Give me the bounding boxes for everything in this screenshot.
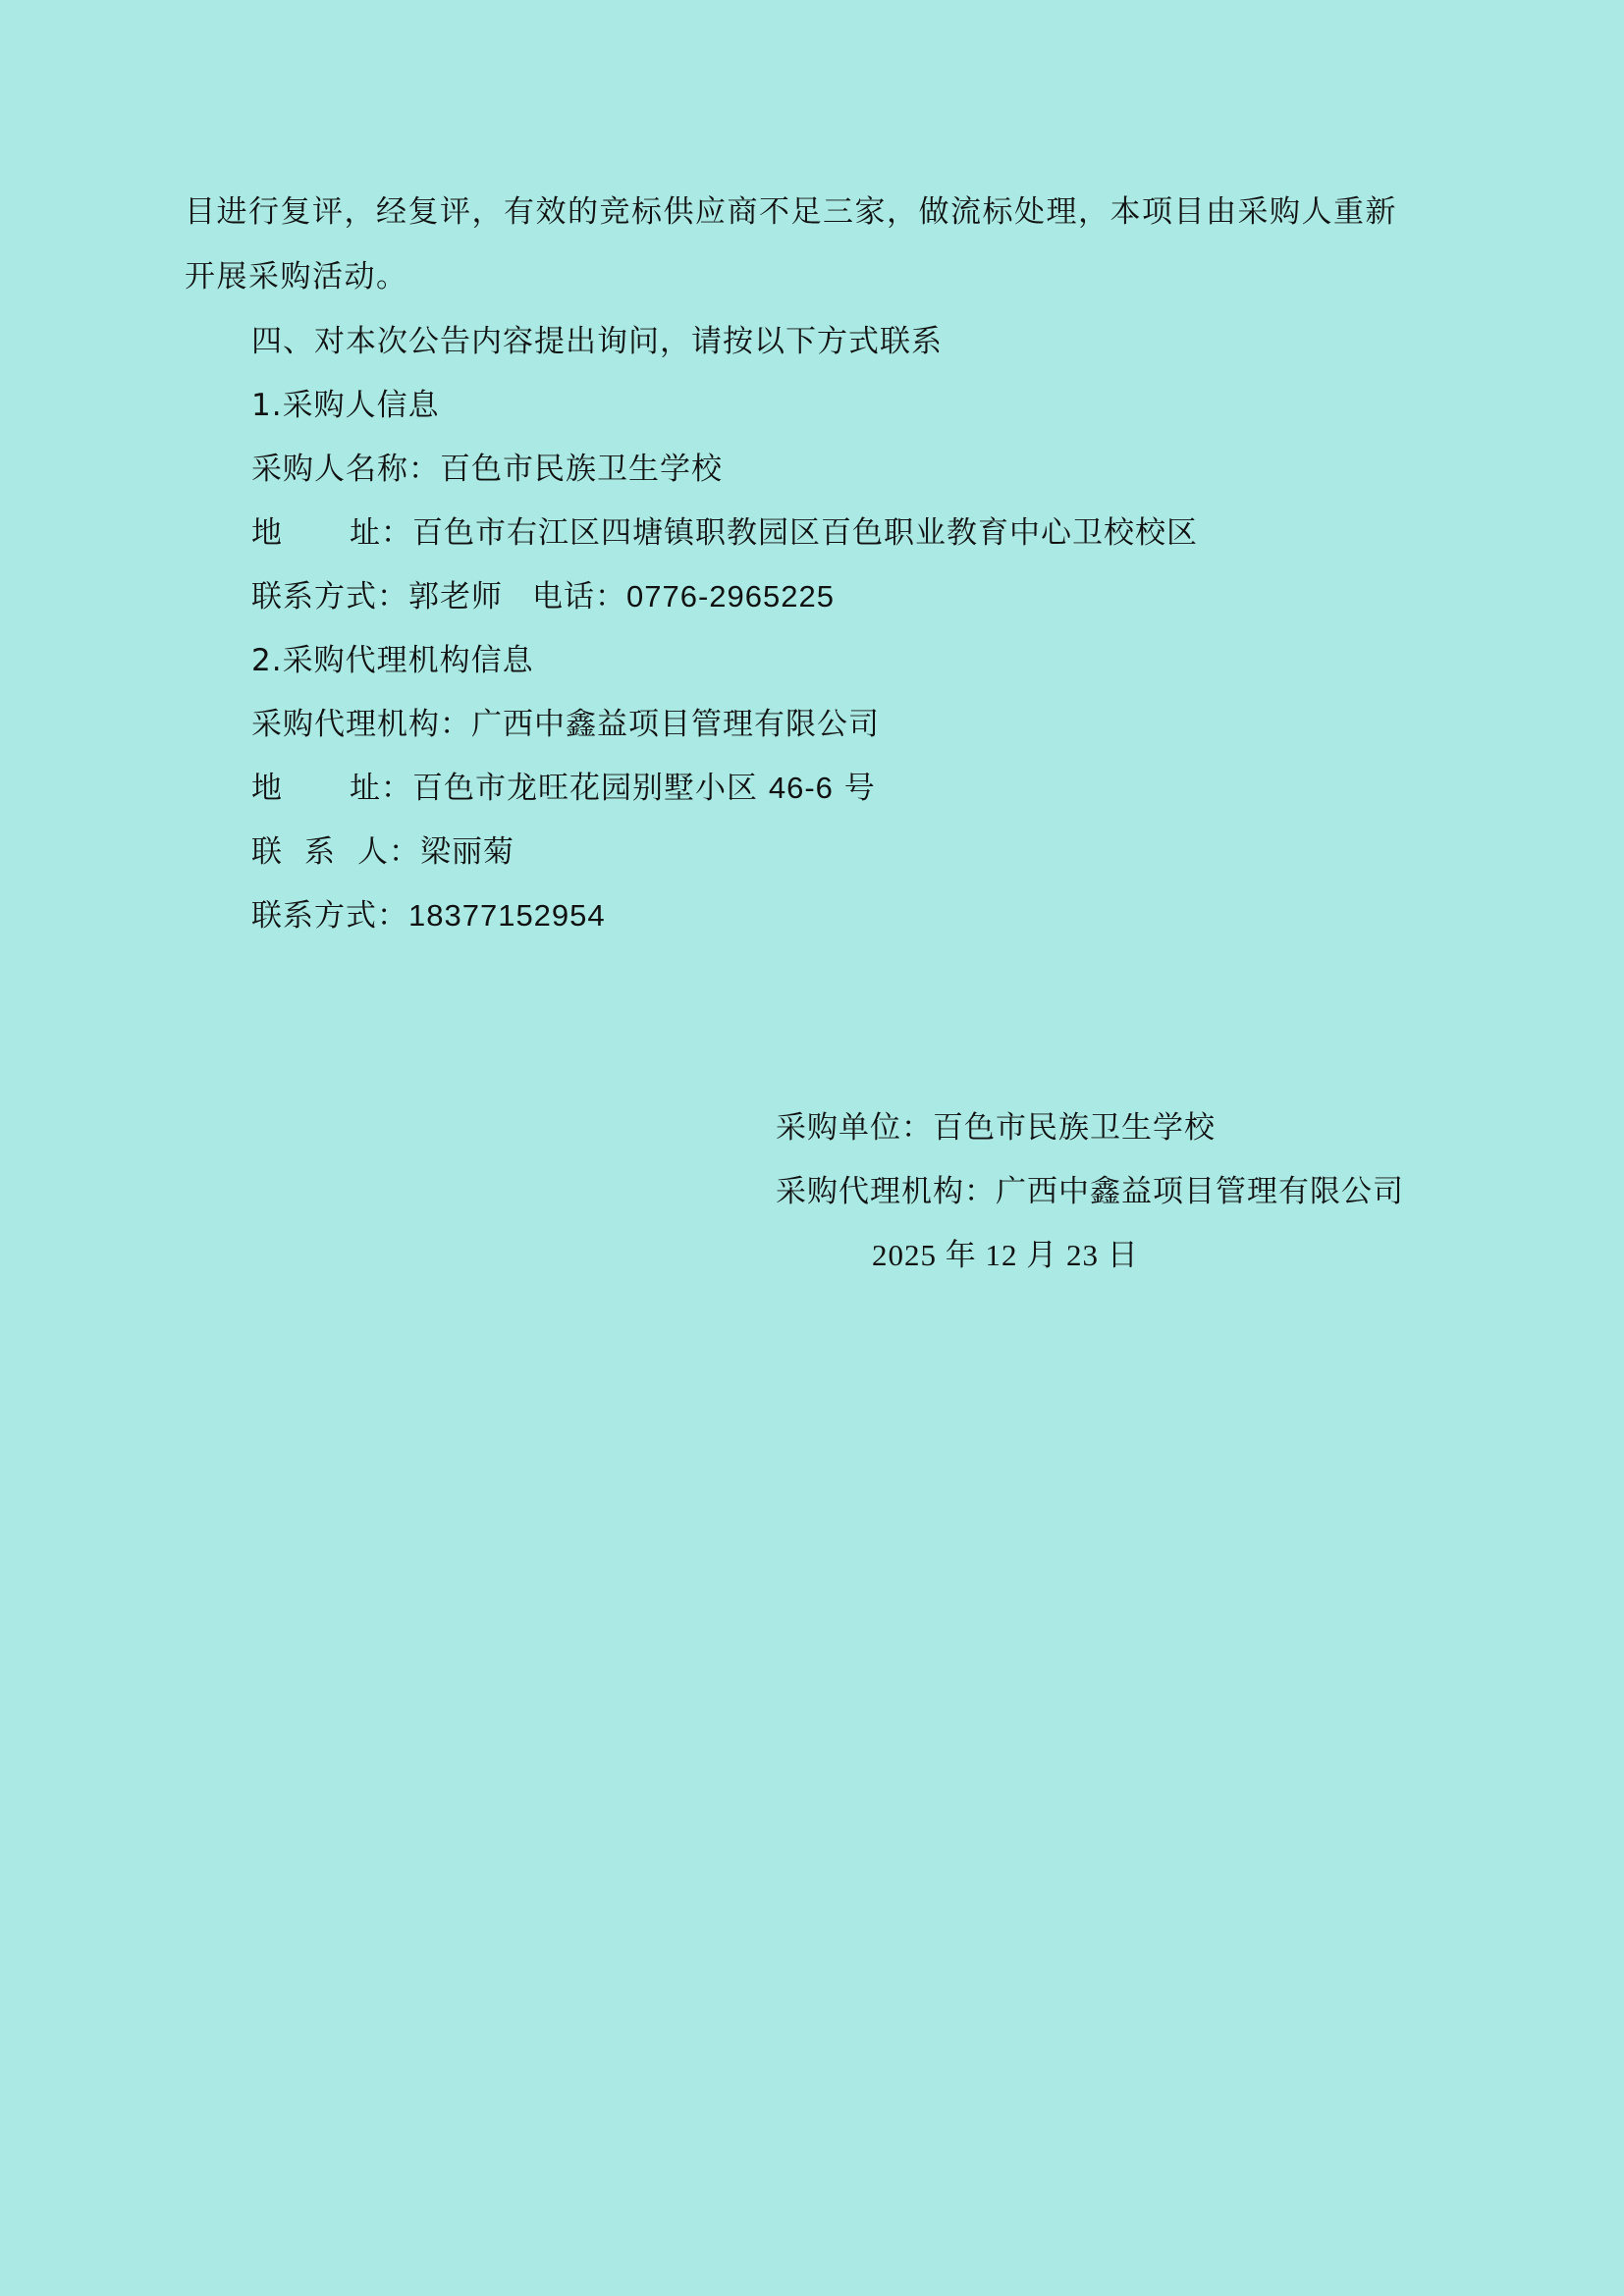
purchaser-address-label-char2: 址： (350, 515, 412, 551)
purchaser-address-row: 地址：百色市右江区四塘镇职教园区百色职业教育中心卫校校区 (251, 513, 1198, 553)
agency-address-row: 地址：百色市龙旺花园别墅小区 46-6 号 (251, 769, 876, 808)
date-day: 23 (1066, 1238, 1099, 1272)
agency-address-label-char2: 址： (350, 771, 412, 806)
agency-name-label: 采购代理机构： (251, 707, 471, 742)
purchaser-address-label-char1: 地 (251, 515, 283, 551)
date-month: 12 (986, 1238, 1018, 1272)
agency-address-value-prefix: 百色市龙旺花园别墅小区 (412, 771, 758, 806)
purchaser-contact-person: 郭老师 (408, 579, 503, 614)
signature-unit-row: 采购单位：百色市民族卫生学校 (776, 1108, 1216, 1148)
signature-unit-value: 百色市民族卫生学校 (933, 1110, 1216, 1146)
section-4-heading: 四、对本次公告内容提出询问，请按以下方式联系 (251, 322, 943, 361)
date-month-unit: 月 (1026, 1238, 1057, 1273)
agency-contact-person-row: 联系人：梁丽菊 (251, 832, 514, 872)
signature-agency-value: 广西中鑫益项目管理有限公司 (996, 1174, 1404, 1209)
purchaser-name-row: 采购人名称：百色市民族卫生学校 (251, 450, 723, 489)
date-year-unit: 年 (946, 1238, 977, 1273)
agency-contact-person-label-c3: 人： (357, 834, 420, 870)
signature-date: 2025 年 12 月 23 日 (872, 1236, 1139, 1275)
purchaser-address-value: 百色市右江区四塘镇职教园区百色职业教育中心卫校校区 (412, 515, 1198, 551)
purchaser-name-value: 百色市民族卫生学校 (440, 452, 723, 487)
document-page: 目进行复评，经复评，有效的竞标供应商不足三家，做流标处理，本项目由采购人重新 开… (0, 0, 1624, 2296)
agency-info-heading: 2.采购代理机构信息 (251, 641, 534, 680)
date-year: 2025 (872, 1238, 937, 1272)
paragraph-continued-line-1: 目进行复评，经复评，有效的竞标供应商不足三家，做流标处理，本项目由采购人重新 (185, 192, 1397, 232)
signature-agency-label: 采购代理机构： (776, 1174, 996, 1209)
purchaser-contact-row: 联系方式：郭老师电话：0776-2965225 (251, 577, 835, 616)
signature-unit-label: 采购单位： (776, 1110, 933, 1146)
paragraph-continued-line-2: 开展采购活动。 (185, 257, 408, 296)
purchaser-name-label: 采购人名称： (251, 452, 440, 487)
agency-address-number: 46-6 (769, 771, 834, 805)
agency-contact-label: 联系方式： (251, 898, 408, 934)
agency-name-value: 广西中鑫益项目管理有限公司 (471, 707, 880, 742)
agency-address-value-suffix: 号 (844, 771, 876, 806)
purchaser-contact-label: 联系方式： (251, 579, 408, 614)
agency-contact-value: 18377152954 (408, 898, 606, 933)
agency-contact-person-label-c2: 系 (304, 834, 336, 870)
purchaser-info-heading: 1.采购人信息 (251, 386, 440, 425)
agency-address-label-char1: 地 (251, 771, 283, 806)
agency-name-row: 采购代理机构：广西中鑫益项目管理有限公司 (251, 705, 880, 744)
agency-contact-row: 联系方式：18377152954 (251, 896, 606, 935)
purchaser-phone-label: 电话： (532, 579, 626, 614)
signature-agency-row: 采购代理机构：广西中鑫益项目管理有限公司 (776, 1172, 1404, 1211)
agency-contact-person-label-c1: 联 (251, 834, 283, 870)
date-day-unit: 日 (1108, 1238, 1139, 1273)
agency-contact-person-value: 梁丽菊 (420, 834, 514, 870)
purchaser-phone-value: 0776-2965225 (626, 579, 835, 614)
